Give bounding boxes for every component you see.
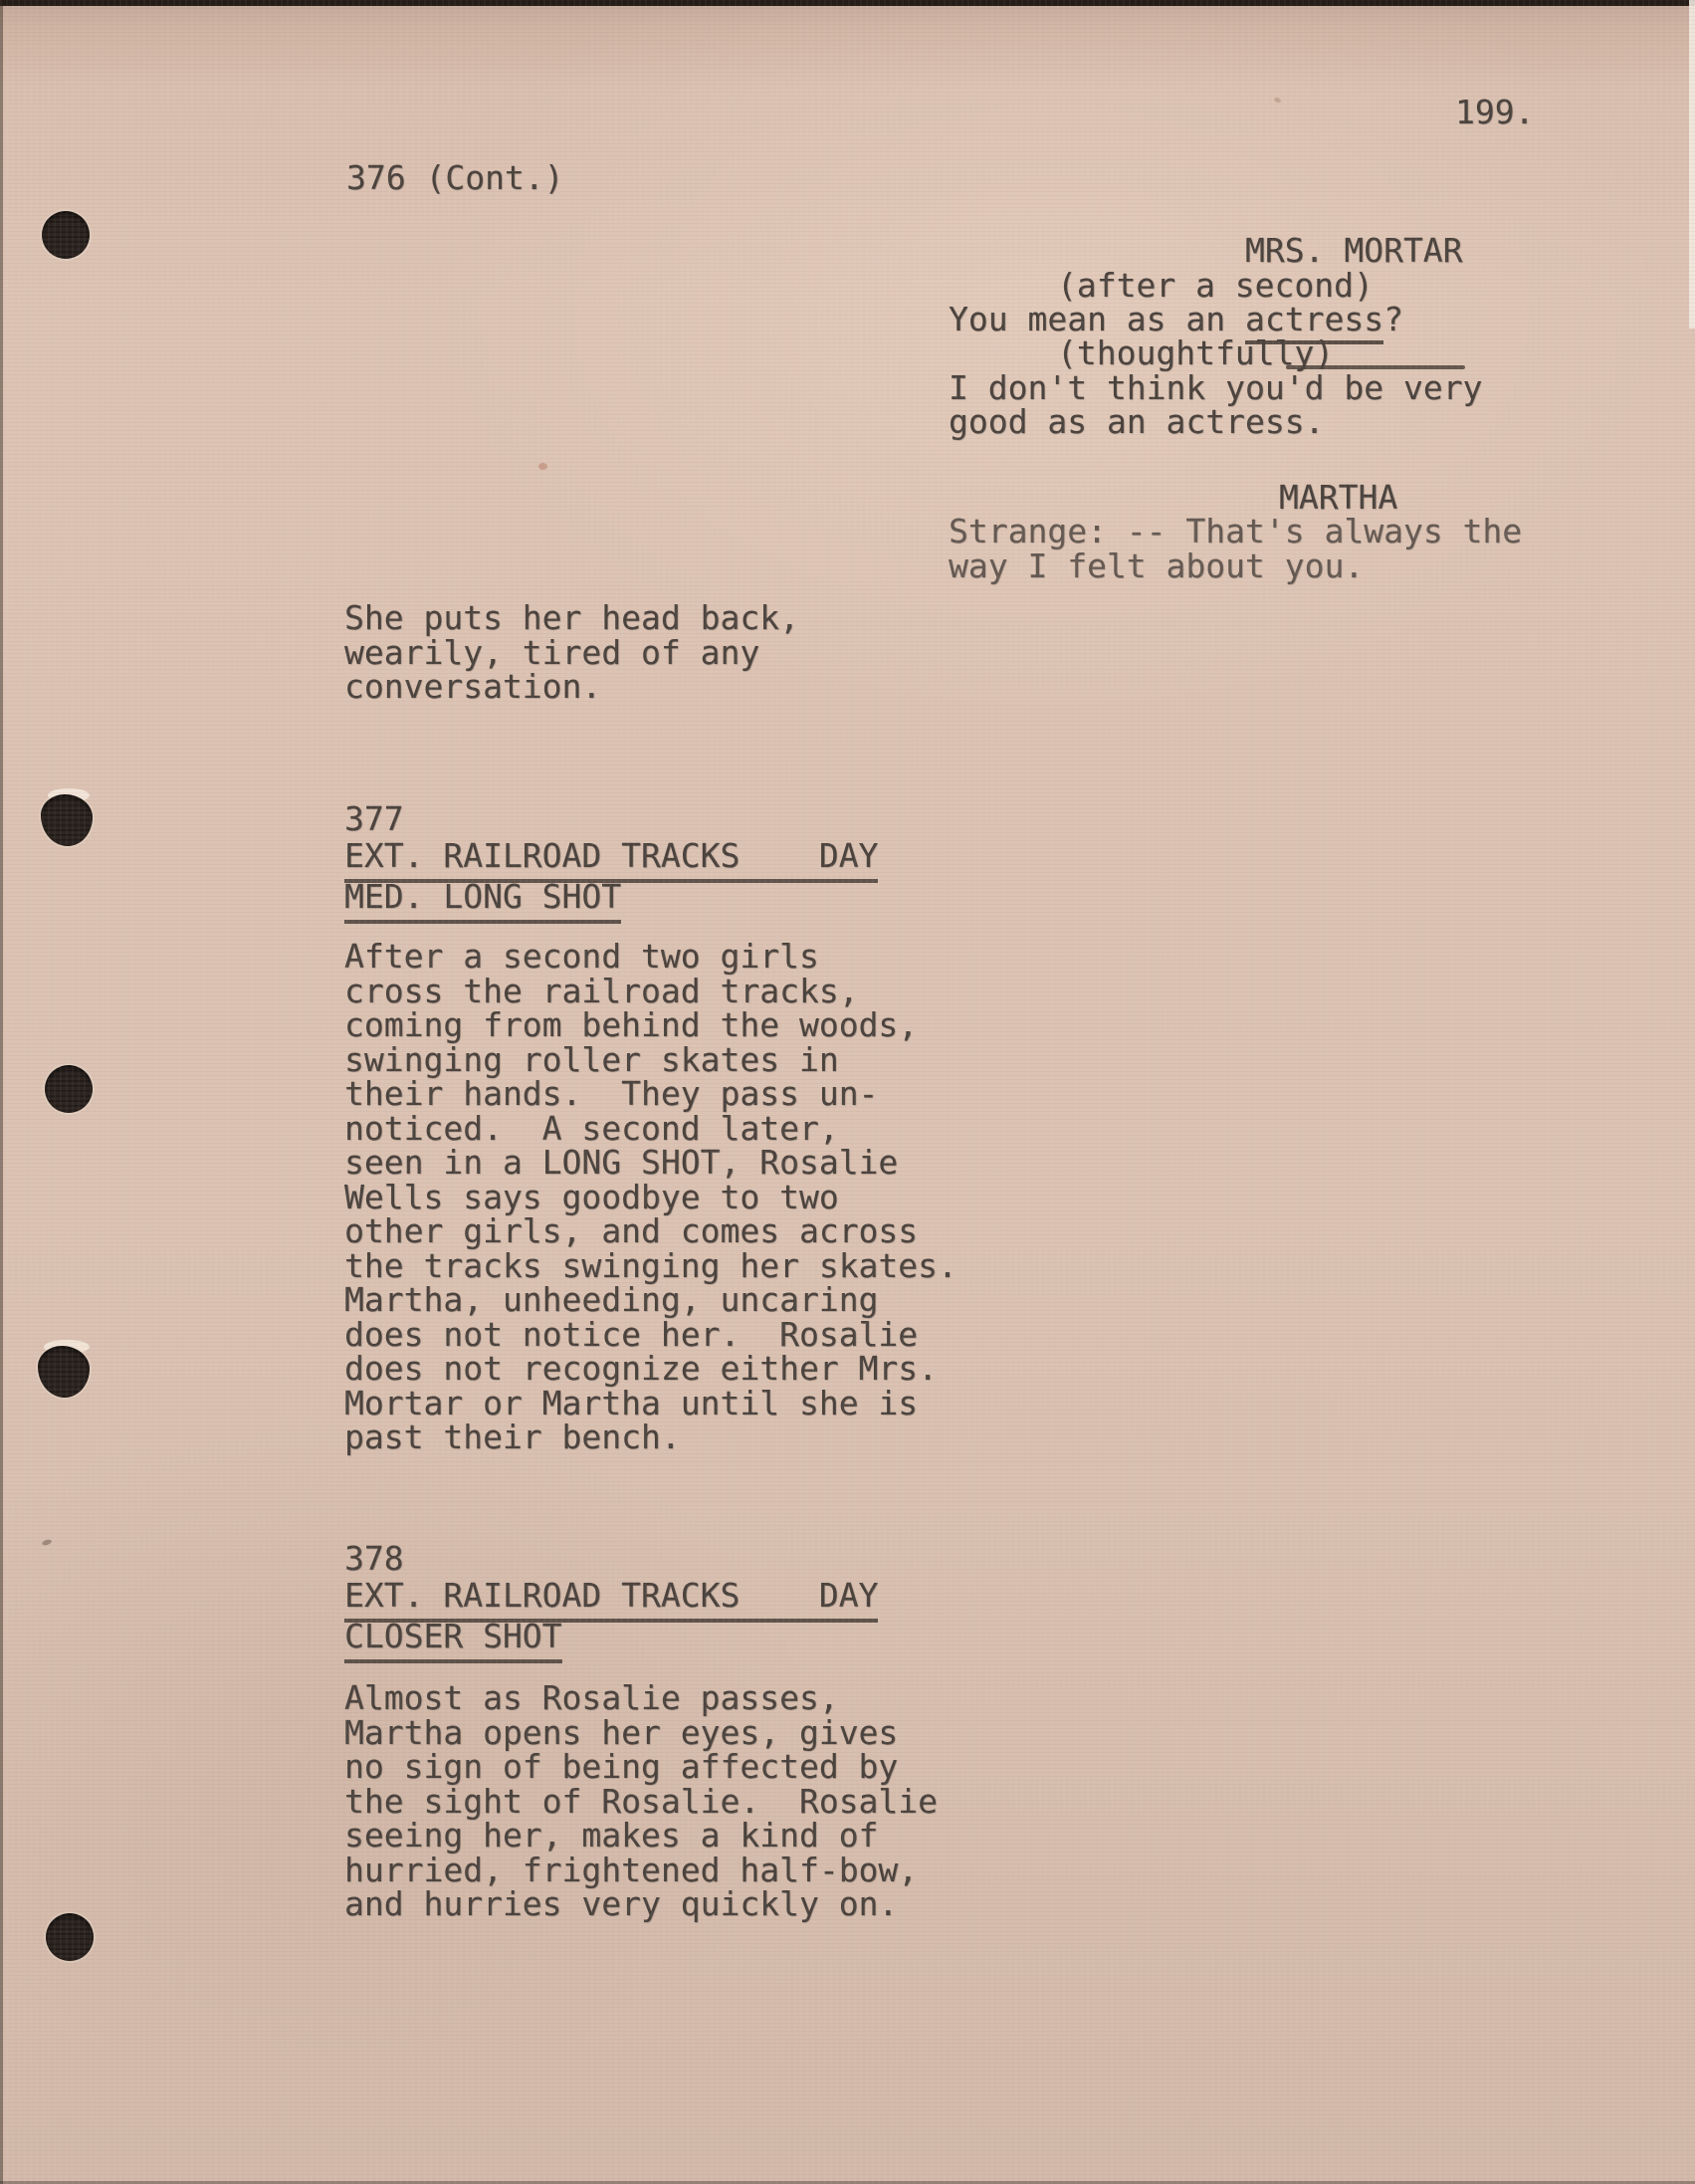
page-number: 199.	[1455, 96, 1534, 130]
action-paragraph: She puts her head back, wearily, tired o…	[344, 601, 799, 705]
paper-speck	[538, 463, 547, 470]
scene-continued-label: 376 (Cont.)	[346, 161, 564, 196]
punch-hole	[45, 1065, 93, 1113]
scene-heading: EXT. RAILROAD TRACKS DAY	[344, 839, 878, 874]
scene-number: 377	[344, 802, 404, 837]
dialogue-line: good as an actress.	[949, 405, 1325, 440]
parenthetical: (after a second)	[1057, 269, 1374, 304]
dialogue-lines: Strange: -- That's always the way I felt…	[949, 515, 1522, 583]
dialogue-line: You mean as an actress?	[949, 303, 1403, 337]
scene-number: 378	[344, 1542, 404, 1577]
scan-edge-top	[0, 0, 1695, 6]
scene-action: After a second two girls cross the railr…	[344, 940, 957, 1455]
punch-hole	[38, 1346, 90, 1398]
paper-speck	[41, 1539, 52, 1547]
scan-edge-right-sliver	[1689, 0, 1695, 328]
scene-action: Almost as Rosalie passes, Martha opens h…	[344, 1681, 938, 1922]
scene-heading: EXT. RAILROAD TRACKS DAY	[344, 1579, 878, 1614]
shot-heading: CLOSER SHOT	[344, 1620, 562, 1654]
character-name: MARTHA	[1279, 481, 1397, 516]
dialogue-text: ?	[1383, 300, 1403, 338]
scene-heading-text: EXT. RAILROAD TRACKS DAY	[344, 836, 878, 883]
character-name: MRS. MORTAR	[1245, 234, 1463, 269]
shot-heading: MED. LONG SHOT	[344, 880, 621, 915]
dialogue-line: I don't think you'd be very	[949, 371, 1482, 406]
punch-hole	[41, 794, 93, 846]
punch-hole	[46, 1913, 94, 1961]
scene-heading-text: EXT. RAILROAD TRACKS DAY	[344, 1576, 878, 1623]
paper-speck	[1273, 97, 1282, 105]
script-page-scan: 199. 376 (Cont.) MRS. MORTAR (after a se…	[0, 0, 1695, 2184]
shot-heading-text: MED. LONG SHOT	[344, 877, 621, 924]
punch-hole	[42, 211, 90, 259]
shot-heading-text: CLOSER SHOT	[344, 1617, 562, 1663]
scan-edge-left	[0, 0, 3, 2184]
